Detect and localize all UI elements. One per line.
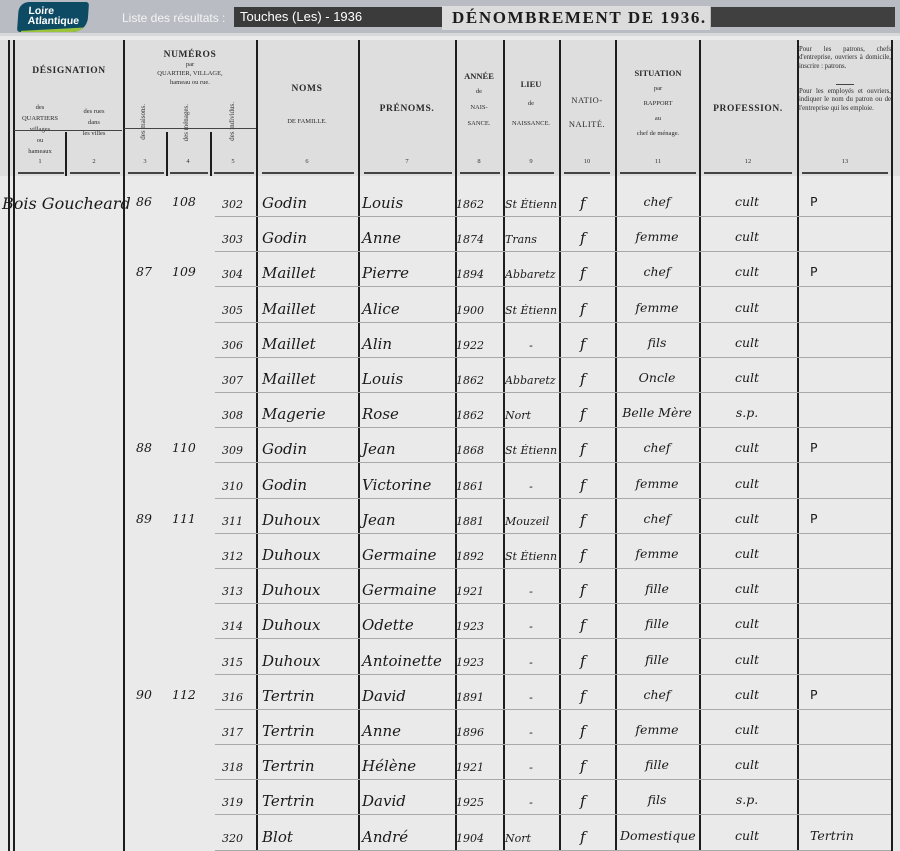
family-name: Maillet — [262, 264, 316, 282]
profession: cult — [712, 440, 782, 455]
header-prenoms: PRÉNOMS. — [359, 104, 455, 114]
birth-place: - — [505, 480, 557, 493]
table-row[interactable]: 303GodinAnne1874Transffemmecult — [0, 223, 900, 258]
household-situation: fils — [620, 335, 694, 350]
family-name: Godin — [262, 476, 307, 494]
nationality: f — [580, 370, 586, 388]
birth-year: 1868 — [456, 444, 484, 457]
birth-place: Nort — [505, 832, 557, 845]
birth-year: 1923 — [456, 620, 484, 633]
birth-place: Abbaretz — [505, 268, 557, 281]
first-name: Louis — [362, 194, 403, 212]
individual-number: 303 — [222, 233, 243, 246]
first-name: David — [362, 792, 406, 810]
logo-green-swoosh — [21, 27, 89, 32]
birth-place: - — [505, 339, 557, 352]
birth-year: 1861 — [456, 480, 484, 493]
household-situation: Oncle — [620, 370, 694, 385]
table-row[interactable]: 318TertrinHélène1921-ffillecult — [0, 751, 900, 786]
household-situation: femme — [620, 476, 694, 491]
first-name: Jean — [362, 511, 396, 529]
birth-place: - — [505, 691, 557, 704]
house-number: 89 — [136, 511, 152, 526]
family-name: Duhoux — [262, 581, 321, 599]
individual-number: 304 — [222, 268, 243, 281]
nationality: f — [580, 440, 586, 458]
individual-number: 302 — [222, 198, 243, 211]
employer: P — [810, 194, 818, 209]
header-situation: SITUATIONparRAPPORTauchef de ménage. — [616, 66, 700, 141]
nationality: f — [580, 687, 586, 705]
header-prenoms-num: 7 — [359, 158, 455, 165]
viewer-toolbar: Loire Atlantique Liste des résultats : T… — [0, 0, 900, 36]
first-name: Anne — [362, 722, 401, 740]
header-col3-num: 3 — [124, 158, 166, 165]
household-number: 110 — [172, 440, 196, 455]
individual-number: 314 — [222, 620, 243, 633]
header-numeros-sub: parQUARTIER, VILLAGE,hameau ou rue. — [124, 60, 256, 87]
profession: cult — [712, 828, 782, 843]
birth-year: 1923 — [456, 656, 484, 669]
nationality: f — [580, 792, 586, 810]
nationality: f — [580, 405, 586, 423]
nationality: f — [580, 828, 586, 846]
birth-year: 1925 — [456, 796, 484, 809]
nationality: f — [580, 300, 586, 318]
family-name: Tertrin — [262, 792, 315, 810]
household-situation: chef — [620, 511, 694, 526]
household-situation: fille — [620, 616, 694, 631]
household-situation: fils — [620, 792, 694, 807]
table-row[interactable]: 310GodinVictorine1861-ffemmecult — [0, 470, 900, 505]
profession: cult — [712, 616, 782, 631]
profession: cult — [712, 264, 782, 279]
header-col4-num: 4 — [166, 158, 210, 165]
table-row[interactable]: 305MailletAlice1900St Étienneffemmecult — [0, 294, 900, 329]
household-number: 108 — [172, 194, 196, 209]
nationality: f — [580, 757, 586, 775]
logo-line2: Atlantique — [27, 16, 88, 26]
table-row[interactable]: 317TertrinAnne1896-ffemmecult — [0, 716, 900, 751]
results-list-label: Liste des résultats : — [122, 11, 225, 25]
nationality: f — [580, 652, 586, 670]
household-number: 109 — [172, 264, 196, 279]
household-situation: chef — [620, 440, 694, 455]
header-designation: DÉSIGNATION — [14, 66, 124, 76]
table-row[interactable]: 90112316TertrinDavid1891-fchefcultP — [0, 681, 900, 716]
profession: cult — [712, 300, 782, 315]
household-situation: fille — [620, 757, 694, 772]
table-row[interactable]: 87109304MailletPierre1894Abbaretzfchefcu… — [0, 258, 900, 293]
first-name: Antoinette — [362, 652, 442, 670]
census-table-header: DÉSIGNATION desQUARTIERSvillagesouhameau… — [0, 40, 900, 176]
document-title: DÉNOMBREMENT DE 1936. — [442, 6, 710, 30]
header-employeur-patrons: Pour les patrons, chefs d'entreprise, ou… — [799, 46, 891, 71]
header-employeur-employes: Pour les employés et ouvriers, indiquer … — [799, 88, 891, 113]
first-name: Alin — [362, 335, 392, 353]
header-col1-num: 1 — [14, 158, 66, 165]
family-name: Godin — [262, 194, 307, 212]
birth-place: Nort — [505, 409, 557, 422]
family-name: Tertrin — [262, 722, 315, 740]
table-row[interactable]: 89111311DuhouxJean1881MouzeilfchefcultP — [0, 505, 900, 540]
individual-number: 319 — [222, 796, 243, 809]
household-situation: fille — [620, 581, 694, 596]
header-lieu: LIEUdeNAISSANCE. — [504, 74, 558, 134]
nationality: f — [580, 194, 586, 212]
header-numeros: NUMÉROS — [124, 50, 256, 60]
header-lieu-num: 9 — [504, 158, 558, 165]
individual-number: 313 — [222, 585, 243, 598]
household-situation: femme — [620, 229, 694, 244]
first-name: Alice — [362, 300, 400, 318]
birth-year: 1894 — [456, 268, 484, 281]
census-page-image[interactable]: DÉSIGNATION desQUARTIERSvillagesouhameau… — [0, 36, 900, 851]
nationality: f — [580, 616, 586, 634]
birth-year: 1862 — [456, 374, 484, 387]
family-name: Tertrin — [262, 757, 315, 775]
family-name: Godin — [262, 229, 307, 247]
header-col3: des maisons. — [139, 104, 147, 140]
nationality: f — [580, 722, 586, 740]
house-number: 88 — [136, 440, 152, 455]
family-name: Maillet — [262, 370, 316, 388]
profession: cult — [712, 370, 782, 385]
nationality: f — [580, 335, 586, 353]
family-name: Magerie — [262, 405, 326, 423]
header-col4: des ménages. — [182, 104, 190, 141]
birth-year: 1862 — [456, 409, 484, 422]
nationality: f — [580, 476, 586, 494]
individual-number: 305 — [222, 304, 243, 317]
individual-number: 307 — [222, 374, 243, 387]
birth-year: 1881 — [456, 515, 484, 528]
family-name: Tertrin — [262, 687, 315, 705]
header-profession: PROFESSION. — [700, 104, 796, 114]
profession: cult — [712, 194, 782, 209]
results-list-select[interactable]: Touches (Les) - 1936 — [234, 7, 442, 27]
table-row[interactable]: 306MailletAlin1922-ffilscult — [0, 329, 900, 364]
individual-number: 312 — [222, 550, 243, 563]
family-name: Blot — [262, 828, 293, 846]
birth-place: - — [505, 620, 557, 633]
individual-number: 310 — [222, 480, 243, 493]
profession: s.p. — [712, 792, 782, 807]
first-name: Odette — [362, 616, 414, 634]
family-name: Duhoux — [262, 616, 321, 634]
birth-place: Trans — [505, 233, 557, 246]
table-row[interactable]: 312DuhouxGermaine1892St Étienneffemmecul… — [0, 540, 900, 575]
birth-place: - — [505, 726, 557, 739]
birth-year: 1892 — [456, 550, 484, 563]
household-number: 112 — [172, 687, 196, 702]
individual-number: 308 — [222, 409, 243, 422]
header-col5-num: 5 — [210, 158, 256, 165]
employer: Tertrin — [810, 828, 854, 843]
household-situation: femme — [620, 300, 694, 315]
birth-year: 1921 — [456, 761, 484, 774]
employer: P — [810, 687, 818, 702]
header-col2: des ruesdansles villes — [66, 106, 122, 139]
birth-year: 1922 — [456, 339, 484, 352]
birth-year: 1921 — [456, 585, 484, 598]
individual-number: 317 — [222, 726, 243, 739]
nationality: f — [580, 229, 586, 247]
birth-place: - — [505, 796, 557, 809]
profession: cult — [712, 476, 782, 491]
nationality: f — [580, 581, 586, 599]
birth-year: 1904 — [456, 832, 484, 845]
household-situation: femme — [620, 546, 694, 561]
table-row[interactable]: 308MagerieRose1862NortfBelle Mères.p. — [0, 399, 900, 434]
table-row[interactable]: 314DuhouxOdette1923-ffillecult — [0, 610, 900, 645]
first-name: Jean — [362, 440, 396, 458]
table-row[interactable]: 86108302GodinLouis1862St Étiennefchefcul… — [0, 188, 900, 223]
header-situation-num: 11 — [616, 158, 700, 165]
individual-number: 309 — [222, 444, 243, 457]
nationality: f — [580, 264, 586, 282]
household-situation: Belle Mère — [620, 405, 694, 420]
header-nationalite-num: 10 — [560, 158, 614, 165]
header-col2-num: 2 — [66, 158, 122, 165]
profession: cult — [712, 757, 782, 772]
household-situation: chef — [620, 687, 694, 702]
table-row[interactable]: 315DuhouxAntoinette1923-ffillecult — [0, 646, 900, 681]
first-name: Rose — [362, 405, 399, 423]
table-row[interactable]: 88110309GodinJean1868St Étiennefchefcult… — [0, 434, 900, 469]
profession: cult — [712, 229, 782, 244]
first-name: Germaine — [362, 581, 437, 599]
individual-number: 311 — [222, 515, 243, 528]
header-nationalite: NATIO-NALITÉ. — [560, 88, 614, 136]
profession: cult — [712, 511, 782, 526]
profession: cult — [712, 335, 782, 350]
profession: cult — [712, 687, 782, 702]
employer: P — [810, 511, 818, 526]
profession: cult — [712, 581, 782, 596]
house-number: 90 — [136, 687, 152, 702]
birth-year: 1874 — [456, 233, 484, 246]
nationality: f — [580, 511, 586, 529]
household-situation: Domestique — [620, 828, 694, 843]
house-number: 86 — [136, 194, 152, 209]
profession: cult — [712, 546, 782, 561]
household-number: 111 — [172, 511, 196, 526]
family-name: Maillet — [262, 300, 316, 318]
first-name: Louis — [362, 370, 403, 388]
toolbar-dark-bar — [711, 7, 895, 27]
first-name: David — [362, 687, 406, 705]
header-col5: des individus. — [228, 102, 236, 141]
table-row[interactable]: 307MailletLouis1862AbbaretzfOnclecult — [0, 364, 900, 399]
birth-year: 1862 — [456, 198, 484, 211]
birth-year: 1891 — [456, 691, 484, 704]
birth-place: St Étienne — [505, 444, 557, 457]
profession: s.p. — [712, 405, 782, 420]
header-annee-num: 8 — [456, 158, 502, 165]
employer: P — [810, 440, 818, 455]
birth-place: - — [505, 656, 557, 669]
family-name: Maillet — [262, 335, 316, 353]
header-annee: ANNÉEdeNAIS-SANCE. — [456, 68, 502, 132]
birth-place: Mouzeil — [505, 515, 557, 528]
individual-number: 318 — [222, 761, 243, 774]
household-situation: fille — [620, 652, 694, 667]
profession: cult — [712, 652, 782, 667]
first-name: André — [362, 828, 408, 846]
table-row[interactable]: 313DuhouxGermaine1921-ffillecult — [0, 575, 900, 610]
family-name: Duhoux — [262, 511, 321, 529]
birth-place: - — [505, 585, 557, 598]
household-situation: chef — [620, 194, 694, 209]
family-name: Duhoux — [262, 546, 321, 564]
table-row[interactable]: 320BlotAndré1904NortfDomestiquecultTertr… — [0, 822, 900, 851]
birth-year: 1900 — [456, 304, 484, 317]
household-situation: femme — [620, 722, 694, 737]
birth-place: - — [505, 761, 557, 774]
individual-number: 306 — [222, 339, 243, 352]
individual-number: 316 — [222, 691, 243, 704]
first-name: Anne — [362, 229, 401, 247]
household-situation: chef — [620, 264, 694, 279]
individual-number: 320 — [222, 832, 243, 845]
header-noms-num: 6 — [257, 158, 357, 165]
employer: P — [810, 264, 818, 279]
birth-year: 1896 — [456, 726, 484, 739]
first-name: Germaine — [362, 546, 437, 564]
family-name: Duhoux — [262, 652, 321, 670]
family-name: Godin — [262, 440, 307, 458]
header-noms: NOMS — [257, 84, 357, 94]
table-row[interactable]: 319TertrinDavid1925-ffilss.p. — [0, 786, 900, 821]
individual-number: 315 — [222, 656, 243, 669]
nationality: f — [580, 546, 586, 564]
house-number: 87 — [136, 264, 152, 279]
birth-place: St Étienne — [505, 304, 557, 317]
loire-atlantique-logo[interactable]: Loire Atlantique — [17, 2, 89, 32]
header-profession-num: 12 — [700, 158, 796, 165]
first-name: Pierre — [362, 264, 409, 282]
birth-place: St Étienne — [505, 550, 557, 563]
header-noms-sub: DE FAMILLE. — [257, 116, 357, 127]
header-employeur-num: 13 — [799, 158, 891, 165]
birth-place: St Étienne — [505, 198, 557, 211]
profession: cult — [712, 722, 782, 737]
birth-place: Abbaretz — [505, 374, 557, 387]
first-name: Hélène — [362, 757, 416, 775]
first-name: Victorine — [362, 476, 431, 494]
